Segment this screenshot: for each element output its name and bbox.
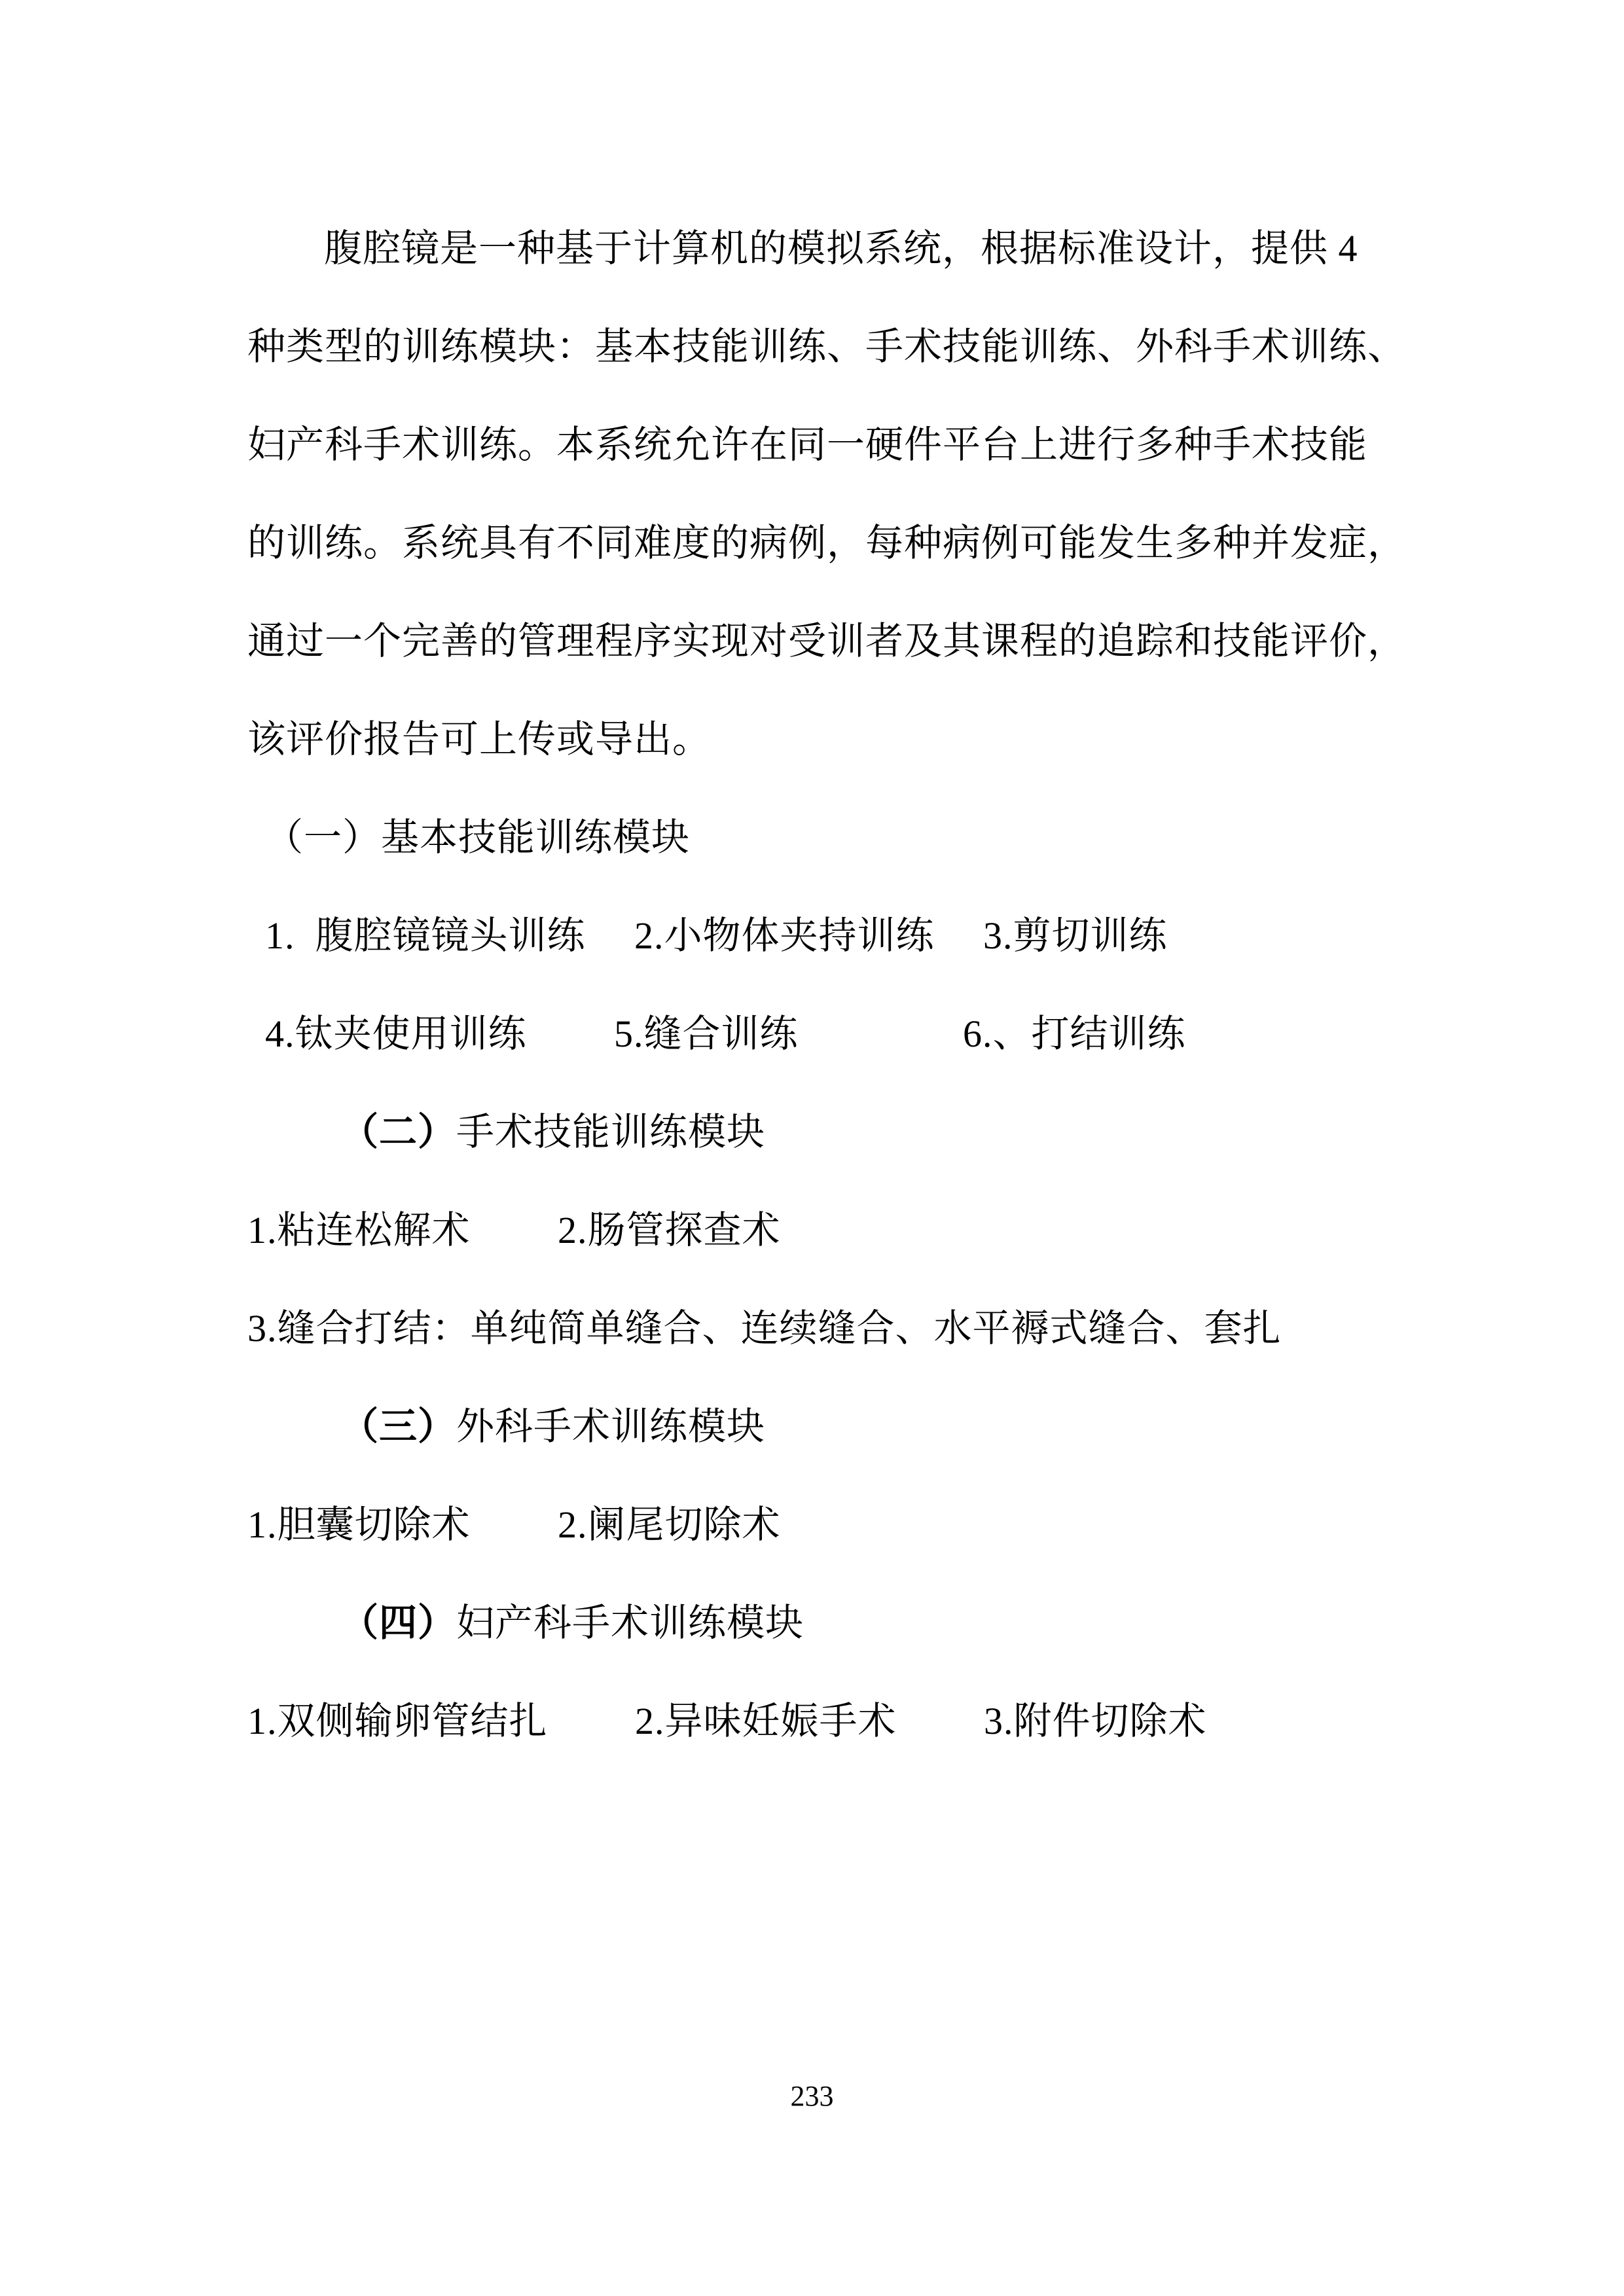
section-heading-2: （二）手术技能训练模块 [247, 1083, 1491, 1181]
list-line: 3.缝合打结：单纯简单缝合、连续缝合、水平褥式缝合、套扎 [247, 1280, 1491, 1378]
line-text: 3.缝合打结：单纯简单缝合、连续缝合、水平褥式缝合、套扎 [247, 1307, 1282, 1350]
line-text: 的训练。系统具有不同难度的病例，每种病例可能发生多种并发症， [247, 522, 1406, 564]
document-text-block: 腹腔镜是一种基于计算机的模拟系统，根据标准设计，提供 4 种类型的训练模块：基本… [247, 200, 1491, 1770]
line-text: 该评价报告可上传或导出。 [247, 718, 711, 761]
list-line: 1.粘连松解术 2.肠管探查术 [247, 1181, 1491, 1280]
paragraph-line: 腹腔镜是一种基于计算机的模拟系统，根据标准设计，提供 4 [247, 200, 1491, 298]
paragraph-line: 通过一个完善的管理程序实现对受训者及其课程的追踪和技能评价， [247, 592, 1491, 691]
line-text: 1. 腹腔镜镜头训练 2.小物体夹持训练 3.剪切训练 [265, 914, 1168, 957]
list-line: 1.双侧输卵管结扎 2.异味妊娠手术 3.附件切除术 [247, 1672, 1491, 1770]
line-text: 1.胆囊切除术 2.阑尾切除术 [247, 1503, 781, 1546]
list-line: 1. 腹腔镜镜头训练 2.小物体夹持训练 3.剪切训练 [247, 887, 1491, 985]
line-text: 手术技能训练模块 [456, 1111, 765, 1153]
line-text: 4.钛夹使用训练 5.缝合训练 6.、打结训练 [265, 1013, 1186, 1055]
line-text: 妇产科手术训练。本系统允许在同一硬件平台上进行多种手术技能 [247, 423, 1367, 466]
line-text: 妇产科手术训练模块 [456, 1602, 804, 1644]
paragraph-line: 妇产科手术训练。本系统允许在同一硬件平台上进行多种手术技能 [247, 396, 1491, 494]
section-heading-1: （一）基本技能训练模块 [247, 789, 1491, 887]
line-bold-prefix: （二） [340, 1111, 456, 1153]
line-text: 1.双侧输卵管结扎 2.异味妊娠手术 3.附件切除术 [247, 1700, 1207, 1742]
paragraph-line: 的训练。系统具有不同难度的病例，每种病例可能发生多种并发症， [247, 494, 1491, 592]
paragraph-line: 种类型的训练模块：基本技能训练、手术技能训练、外科手术训练、 [247, 298, 1491, 396]
line-text: （一）基本技能训练模块 [265, 816, 690, 859]
line-bold-prefix: （四） [340, 1602, 456, 1644]
line-text: 1.粘连松解术 2.肠管探查术 [247, 1209, 781, 1251]
section-heading-3: （三）外科手术训练模块 [247, 1378, 1491, 1476]
line-bold-prefix: （三） [340, 1405, 456, 1448]
line-text: 通过一个完善的管理程序实现对受训者及其课程的追踪和技能评价， [247, 620, 1406, 662]
line-text: 种类型的训练模块：基本技能训练、手术技能训练、外科手术训练、 [247, 325, 1406, 368]
list-line: 1.胆囊切除术 2.阑尾切除术 [247, 1476, 1491, 1574]
section-heading-4: （四）妇产科手术训练模块 [247, 1574, 1491, 1672]
document-page: 腹腔镜是一种基于计算机的模拟系统，根据标准设计，提供 4 种类型的训练模块：基本… [0, 0, 1624, 2296]
list-line: 4.钛夹使用训练 5.缝合训练 6.、打结训练 [247, 985, 1491, 1083]
line-text: 腹腔镜是一种基于计算机的模拟系统，根据标准设计，提供 4 [324, 227, 1358, 270]
page-number: 233 [0, 2080, 1624, 2113]
paragraph-line: 该评价报告可上传或导出。 [247, 691, 1491, 789]
line-text: 外科手术训练模块 [456, 1405, 765, 1448]
